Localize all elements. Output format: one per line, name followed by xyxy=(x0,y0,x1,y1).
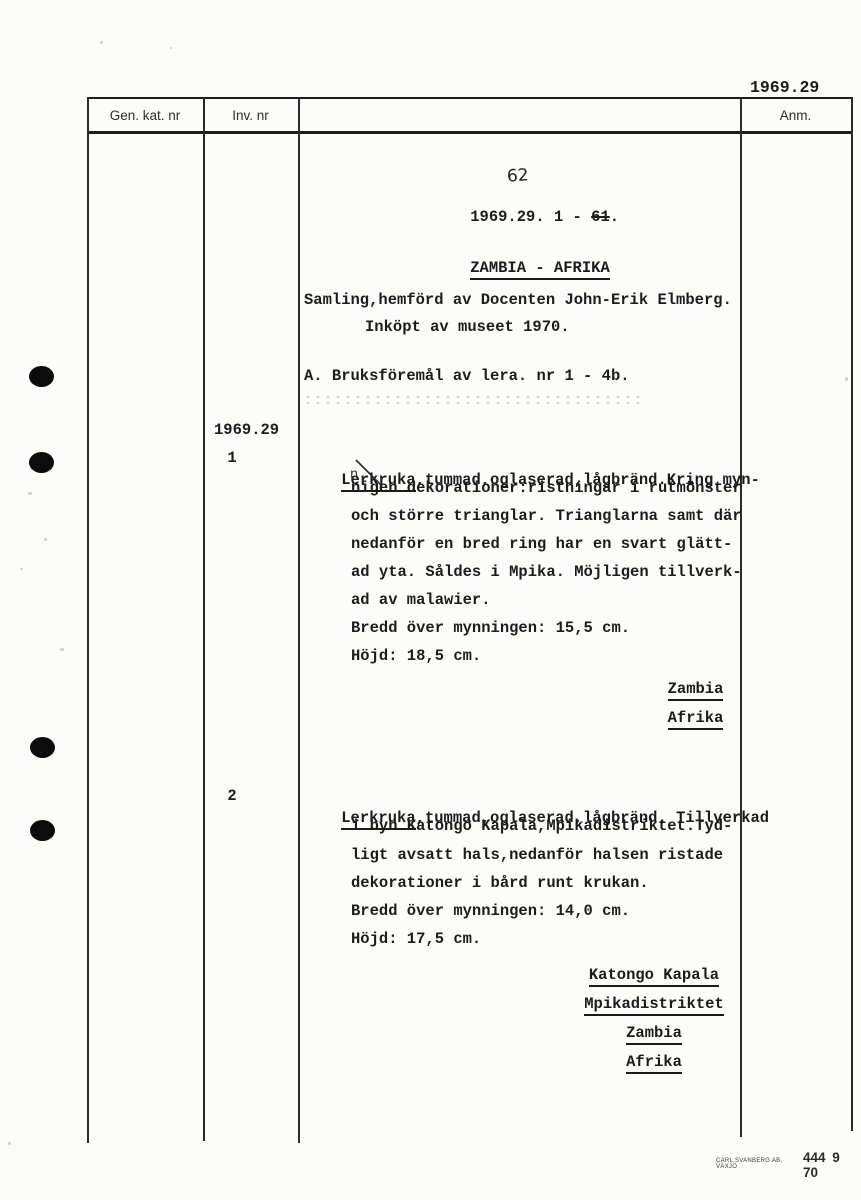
printer-footer: CARL SVANBERG AB, VÄXJÖ 444 9 70 xyxy=(716,1150,856,1180)
tag-line: Zambia xyxy=(648,680,743,701)
entry-1-catalog-group: 1969.29 xyxy=(214,420,279,440)
scan-speck xyxy=(100,41,103,44)
entry-2-line-3: ligt avsatt hals,nedanför halsen ristade xyxy=(351,845,723,865)
provenance-line-1: Samling,hemförd av Docenten John-Erik El… xyxy=(304,290,732,310)
hole-punch xyxy=(30,820,55,841)
column-header-inv-nr: Inv. nr xyxy=(203,105,298,127)
entry-1-location-tags: Zambia Afrika xyxy=(648,680,743,738)
entry-1-line-2: nigen dekorationer:ristningar i rutmönst… xyxy=(351,478,742,498)
table-left-border xyxy=(87,97,89,1143)
range-suffix: . xyxy=(610,208,619,226)
entry-1-measurement-width: Bredd över mynningen: 15,5 cm. xyxy=(351,618,630,638)
column-divider-inv-nr xyxy=(298,97,300,1143)
provenance-line-2: Inköpt av museet 1970. xyxy=(365,317,570,337)
tag-line: Afrika xyxy=(648,709,743,730)
scan-speck xyxy=(845,377,848,381)
printer-imprint: CARL SVANBERG AB, VÄXJÖ xyxy=(716,1158,797,1170)
column-header-anm: Anm. xyxy=(740,105,851,127)
region-title-text: ZAMBIA - AFRIKA xyxy=(470,259,610,280)
range-old-number-struck: 61 xyxy=(591,208,610,226)
erased-text-smudge xyxy=(303,394,641,404)
tag-afrika: Afrika xyxy=(626,1053,682,1074)
scan-speck xyxy=(20,568,23,570)
tag-zambia: Zambia xyxy=(626,1024,682,1045)
tag-katongo-kapala: Katongo Kapala xyxy=(589,966,719,987)
entry-2-inventory-number: 2 xyxy=(222,786,242,806)
hole-punch xyxy=(29,452,54,473)
scan-speck xyxy=(170,47,172,49)
range-prefix: 1969.29. 1 - xyxy=(470,208,591,226)
entry-1-line-6: ad av malawier. xyxy=(351,590,491,610)
page-catalog-number: 1969.29 xyxy=(750,78,819,98)
tag-afrika: Afrika xyxy=(668,709,724,730)
entry-2-measurement-height: Höjd: 17,5 cm. xyxy=(351,929,481,949)
handwritten-correction-number: 62 xyxy=(506,165,529,186)
entry-1-measurement-height: Höjd: 18,5 cm. xyxy=(351,646,481,666)
tag-line: Afrika xyxy=(584,1053,724,1074)
entry-1-line-3: och större trianglar. Trianglarna samt d… xyxy=(351,506,742,526)
tag-line: Mpikadistriktet xyxy=(584,995,724,1016)
table-top-rule xyxy=(87,97,853,99)
scanned-catalog-page: 1969.29 Gen. kat. nr Inv. nr Anm. 1969.2… xyxy=(0,0,861,1200)
tag-line: Katongo Kapala xyxy=(584,966,724,987)
hole-punch xyxy=(29,366,54,387)
tag-zambia: Zambia xyxy=(668,680,724,701)
entry-1-line-5: ad yta. Såldes i Mpika. Möjligen tillver… xyxy=(351,562,742,582)
scan-speck xyxy=(60,648,64,651)
entry-2-location-tags: Katongo Kapala Mpikadistriktet Zambia Af… xyxy=(584,966,724,1082)
entry-1-line-4: nedanför en bred ring har en svart glätt… xyxy=(351,534,732,554)
entry-2-line-2: i byn Katongo Kapala,Mpikadistriktet.Tyd… xyxy=(351,816,732,836)
column-header-gen-kat-nr: Gen. kat. nr xyxy=(87,105,203,127)
scan-speck xyxy=(8,1142,11,1145)
table-right-border xyxy=(851,97,853,1131)
tag-line: Zambia xyxy=(584,1024,724,1045)
hole-punch xyxy=(30,737,55,758)
entry-2-measurement-width: Bredd över mynningen: 14,0 cm. xyxy=(351,901,630,921)
scan-speck xyxy=(44,538,47,541)
scan-speck xyxy=(28,492,32,495)
column-divider-gen-kat xyxy=(203,97,205,1141)
entry-1-inventory-number: 1 xyxy=(222,448,242,468)
tag-mpikadistriktet: Mpikadistriktet xyxy=(584,995,724,1016)
printer-form-code: 444 9 70 xyxy=(803,1150,856,1180)
region-title: ZAMBIA - AFRIKA xyxy=(433,238,610,298)
entry-2-line-4: dekorationer i bård runt krukan. xyxy=(351,873,649,893)
table-header-bottom-rule xyxy=(87,131,853,134)
section-heading: A. Bruksföremål av lera. nr 1 - 4b. xyxy=(304,366,630,386)
column-divider-anm xyxy=(740,97,742,1137)
